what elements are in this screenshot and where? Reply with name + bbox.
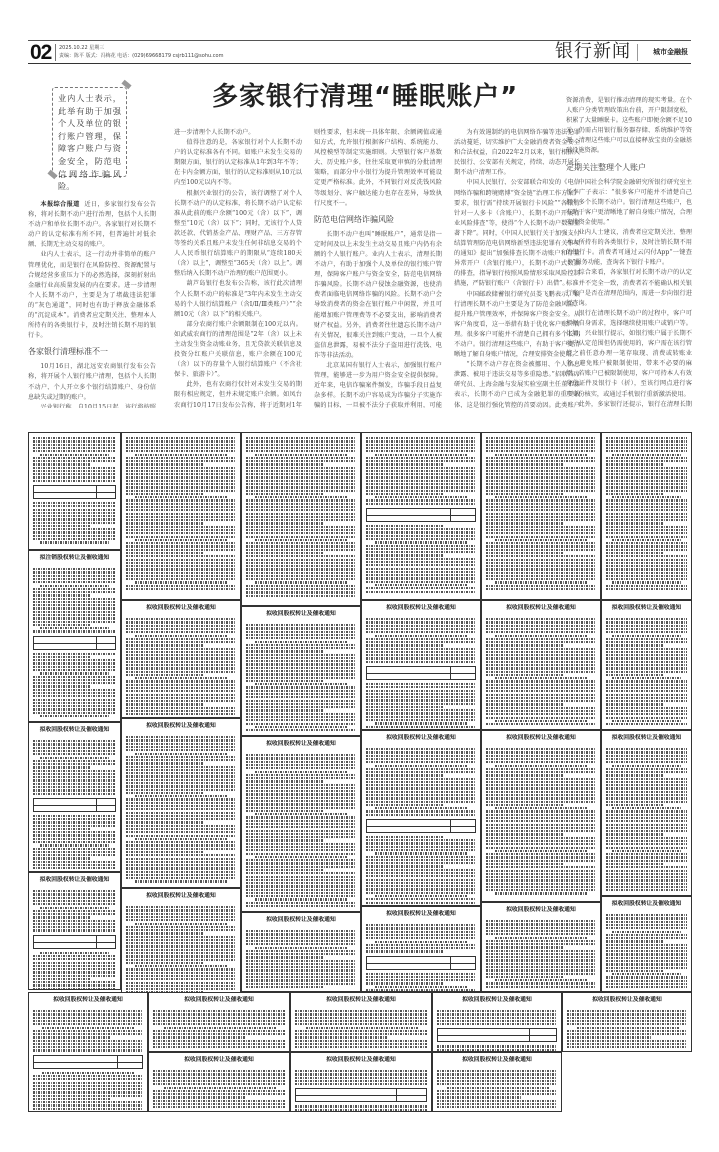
paragraph: 中国邮政储蓄银行研究员娄飞鹏表示，银行清理长期不动户主要是为了防范金融风险、提升… [454, 290, 580, 361]
notice-title: 拟收回股权转让及催收通知 [295, 1056, 427, 1064]
paragraph: 部分农商行账户余额限制在100元以内。如武威农商行的清理范围是“2年（含）以上未… [174, 320, 302, 381]
notice-reference [486, 914, 596, 919]
paragraph: 综合来看，各家银行对长期不动户的认定标准并不完全一致，消费者若不能确认相关银行账… [566, 268, 692, 308]
notice-reference [437, 1004, 557, 1009]
article-column-2: 进一步清理个人长期不动户。 值得注意的是，各家银行对个人长期不动户的认定标准各有… [174, 128, 302, 408]
notice-title: 拟收回股权转让及催收通知 [246, 740, 356, 748]
paragraph: 值得注意的是，各家银行对个人长期不动户的认定标准各有不同。如账户未发生交易的期限… [174, 138, 302, 188]
legal-notice [361, 432, 481, 600]
legal-notice: 拟收回股权转让及催收通知 [432, 992, 562, 1052]
notice-title: 拟收回股权转让及催收通知 [567, 996, 687, 1004]
subheading: 定期关注整理个人账户 [566, 163, 692, 173]
notice-body [246, 930, 356, 988]
byline: 本报综合报道 [40, 201, 79, 208]
notice-reference [153, 1064, 285, 1069]
notice-reference [606, 742, 687, 747]
paragraph: 近日，多家银行发布公告称，将对长期不动户进行治理，包括个人长期不动户和单位长期不… [28, 201, 156, 248]
notice-body [126, 736, 236, 883]
notice-reference [366, 612, 476, 617]
subheading: 防范电信网络诈骗风险 [314, 215, 442, 225]
notice-body [295, 1070, 427, 1111]
notice-body [606, 618, 687, 725]
notice-title: 拟收回股权转让及催收通知 [437, 1056, 557, 1064]
paragraph: 则性要求，但未统一具体年限、余额阈值或通知方式，允许银行根据客户结构、系统能力、… [314, 128, 442, 209]
notice-reference [126, 612, 236, 617]
paragraph: 中国人民银行、公安部联合印发的《电信网络诈骗和跨境赌博“资金链”治理工作方案》要… [454, 178, 580, 289]
notice-body [33, 437, 116, 543]
notice-reference [246, 924, 356, 929]
legal-notice: 拟收回股权转让及催收通知 [481, 730, 601, 902]
notice-body [366, 748, 476, 904]
notice-body [486, 437, 596, 590]
paragraph: 业内人士表示，这一行动并非简单的账户管理优化，而是银行在风险防控、资源配置与合规… [28, 250, 156, 341]
notice-body [486, 748, 596, 895]
legal-notice [241, 432, 361, 606]
notice-body [153, 1070, 285, 1108]
notice-table [33, 636, 116, 650]
legal-notice [601, 432, 692, 600]
legal-notice: 拟收回股权转让及催收通知 [361, 906, 481, 992]
notice-title: 拟收回股权转让及催收通知 [126, 722, 236, 730]
notice-body [126, 618, 236, 715]
notice-body [295, 1010, 427, 1048]
notice-body [567, 1010, 687, 1048]
legal-notice: 拟注销股权转让及催收通知 [28, 550, 121, 722]
paragraph: 银行在清理长期不动户的过程中，客户可根据自身需求，选择继续使用账户或销户等。比如… [566, 309, 692, 400]
notice-body [246, 624, 356, 731]
notice-title: 拟收回股权转让及催收通知 [153, 1056, 285, 1064]
legal-notice: 拟收回股权转让及催收通知 [361, 730, 481, 906]
paragraph: 此外，多家银行还提示，银行在清理长期不动户过程中不会要求客户通过短信、电话等任何… [566, 400, 692, 408]
notice-reference [33, 884, 116, 889]
notice-title: 拟收回股权转让及催收通知 [366, 604, 476, 612]
pull-quote: 业内人士表示，此举有助于加强个人及单位的银行账户管理，保障客户账户与资金安全，防… [52, 87, 127, 177]
legal-notice [121, 432, 241, 600]
notice-title: 拟收回股权转让及催收通知 [126, 604, 236, 612]
notice-reference [295, 1004, 427, 1009]
staff-line: 责编：陈平 版式：冯梅花 电话：(029)69668179 csjrb111@s… [59, 52, 223, 60]
subheading: 各家银行清理标准不一 [28, 347, 156, 357]
notice-body [33, 568, 116, 717]
notice-body [246, 437, 356, 597]
notice-title: 拟收回股权转让及催收通知 [126, 892, 236, 900]
notice-body [126, 906, 236, 994]
notice-reference [366, 918, 476, 923]
notice-title: 拟收回股权转让及催收通知 [246, 916, 356, 924]
legal-notice: 拟收回股权转让及催收通知 [121, 600, 241, 718]
article-column-5: 资源消费，是银行推动清理的现实考量。在个人账户分类管理政策出台前，开户限制宽松，… [566, 96, 692, 408]
paragraph: 10月16日，湖北远安农商银行发布公告称，将开展个人银行账户清理，包括个人长期不… [28, 362, 156, 402]
masthead: 02 2025.10.22 星期三 责编：陈平 版式：冯梅花 电话：(029)6… [28, 40, 691, 64]
paragraph: “长期不动户存在资金被挪用、个人信息泄露、被用于违法交易等多重隐患。”招联首席研… [454, 360, 580, 408]
notice-reference [486, 612, 596, 617]
legal-notice: 拟收回股权转让及催收通知 [562, 992, 692, 1052]
legal-notice: 拟收回股权转让及催收通知 [290, 992, 432, 1052]
divider [55, 44, 56, 61]
legal-notice: 拟收回股权转让及催收通知 [241, 912, 361, 992]
headline: 多家银行清理“睡眠账户” [212, 80, 518, 114]
notice-body [437, 1010, 557, 1051]
notice-title: 拟收回股权转让及催收通知 [486, 604, 596, 612]
legal-notice: 拟收回股权转让及催收通知 [481, 600, 601, 730]
notice-title: 拟注销股权转让及催收通知 [33, 554, 116, 562]
paper-name: 城市金融报 [653, 47, 688, 57]
notice-title: 拟收回股权转让及催收通知 [606, 900, 687, 908]
legal-notice: 拟收回股权转让及催收通知 [601, 896, 692, 992]
notice-title: 拟收回股权转让及催收通知 [437, 996, 557, 1004]
notice-title: 拟收回股权转让及催收通知 [366, 910, 476, 918]
legal-notices-section: 拟注销股权转让及催收通知 拟收回股权转让及催收通知 拟收回股权转让及催收通知 拟… [28, 432, 692, 1112]
notice-table [33, 1055, 143, 1069]
paragraph: 葫芦岛银行也发布公告称，该行此次清理个人长期不动户的标准是“3年内未发生主动交易… [174, 279, 302, 319]
notice-body [33, 740, 116, 869]
notice-title: 拟收回股权转让及催收通知 [366, 734, 476, 742]
notice-title: 拟收回股权转让及催收通知 [246, 610, 356, 618]
notice-table [33, 485, 116, 499]
legal-notice: 拟收回股权转让及催收通知 [28, 992, 148, 1112]
legal-notice [28, 432, 121, 550]
notice-body [486, 618, 596, 725]
notice-reference [246, 748, 356, 753]
notice-reference [606, 908, 687, 913]
notice-body [366, 618, 476, 728]
notice-body [366, 437, 476, 593]
legal-notice: 拟收回股权转让及催收通知 [241, 606, 361, 736]
notice-title: 拟收回股权转让及催收通知 [486, 906, 596, 914]
legal-notice: 拟收回股权转让及催收通知 [241, 736, 361, 912]
section-title: 银行新闻 [555, 41, 631, 63]
paragraph: 根据兴业银行的公告，该行调整了对个人长期不动户的认定标准，将长期不动户认定标准从… [174, 189, 302, 280]
notice-title: 拟收回股权转让及催收通知 [606, 604, 687, 612]
notice-body [246, 754, 356, 907]
notice-reference [33, 1004, 143, 1009]
paragraph: 进一步清理个人长期不动户。 [174, 128, 302, 138]
notice-table [437, 1028, 557, 1042]
legal-notice: 拟收回股权转让及催收通知 [148, 1052, 290, 1112]
notice-reference [33, 562, 116, 567]
notice-table [33, 935, 116, 949]
notice-reference [486, 742, 596, 747]
notice-body [33, 890, 116, 990]
notice-title: 拟收回股权转让及催收通知 [153, 996, 285, 1004]
notice-body [606, 437, 687, 590]
notice-body [606, 748, 687, 891]
paragraph: 为有效遏制约的电信网络诈骗等违法犯罪活动蔓延，切实维护广大金融消费者资金安全和合… [454, 128, 580, 178]
notice-body [33, 1010, 143, 1110]
legal-notice [481, 432, 601, 600]
notice-title: 拟收回股权转让及催收通知 [33, 726, 116, 734]
legal-notice: 拟收回股权转让及催收通知 [601, 600, 692, 730]
paragraph: 此外，也有农商行仅针对未发生交易的期限有相应规定，但并未规定账户余额。如凤台农商… [174, 380, 302, 408]
legal-notice: 拟收回股权转让及催收通知 [361, 600, 481, 730]
notice-reference [126, 730, 236, 735]
notice-title: 拟收回股权转让及催收通知 [33, 996, 143, 1004]
notice-title: 拟收回股权转让及催收通知 [606, 734, 687, 742]
legal-notice: 拟收回股权转让及催收通知 [481, 902, 601, 992]
notice-body [366, 924, 476, 991]
notice-reference [33, 734, 116, 739]
notice-reference [606, 612, 687, 617]
notice-reference [126, 900, 236, 905]
notice-reference [295, 1064, 427, 1069]
notice-reference [366, 742, 476, 747]
notice-body [486, 920, 596, 988]
article-column-3: 则性要求，但未统一具体年限、余额阈值或通知方式，允许银行根据客户结构、系统能力、… [314, 128, 442, 408]
notice-table [366, 508, 476, 522]
notice-table [295, 1088, 427, 1102]
notice-reference [153, 1004, 285, 1009]
notice-table [366, 956, 476, 970]
legal-notice: 拟收回股权转让及催收通知 [28, 872, 121, 990]
notice-title: 拟收回股权转让及催收通知 [295, 996, 427, 1004]
paragraph: 业内人士建议，消费者应定期关注、整理本人所持有的各类银行卡，及时注销长期不用的银… [566, 228, 692, 268]
legal-notice: 拟收回股权转让及催收通知 [121, 718, 241, 888]
legal-notice: 拟收回股权转让及催收通知 [28, 722, 121, 872]
divider [637, 44, 638, 61]
article-column-1: 本报综合报道 近日，多家银行发布公告称，将对长期不动户进行治理，包括个人长期不动… [28, 200, 156, 408]
notice-body [126, 437, 236, 590]
paragraph: 兴业银行称，自10月15日起，该行将按照调整后认定标准每日滚动管控符合条件的账户… [28, 403, 156, 408]
paragraph: 北京某国有银行人士表示，加强银行账户管理，能够进一步为用户资金安全提供保障。近年… [314, 361, 442, 408]
notice-table [366, 666, 476, 680]
legal-notice: 拟收回股权转让及催收通知 [148, 992, 290, 1052]
page-meta: 2025.10.22 星期三 责编：陈平 版式：冯梅花 电话：(029)6966… [59, 44, 223, 60]
date-line: 2025.10.22 星期三 [59, 44, 223, 52]
notice-body [153, 1010, 285, 1048]
notice-title: 拟收回股权转让及催收通知 [33, 876, 116, 884]
legal-notice: 拟收回股权转让及催收通知 [432, 1052, 562, 1112]
paragraph: 长期不动户也叫“睡眠账户”，通常是指一定时间及以上未发生主动交易且账户内仍有余额… [314, 230, 442, 361]
legal-notice: 拟收回股权转让及催收通知 [601, 730, 692, 896]
legal-notice: 拟收回股权转让及催收通知 [290, 1052, 432, 1112]
notice-body [606, 914, 687, 988]
article-column-4: 为有效遏制约的电信网络诈骗等违法犯罪活动蔓延，切实维护广大金融消费者资金安全和合… [454, 128, 580, 408]
paragraph: 中国社会科学院金融研究所银行研究室主任李广子表示：“很多客户可能并不清楚自己拥有… [566, 178, 692, 228]
notice-reference [246, 618, 356, 623]
page-number: 02 [30, 42, 51, 64]
legal-notice: 拟收回股权转让及催收通知 [121, 888, 241, 996]
notice-table [366, 819, 476, 833]
notice-reference [567, 1004, 687, 1009]
notice-body [437, 1070, 557, 1108]
paragraph: 资源消费，是银行推动清理的现实考量。在个人账户分类管理政策出台前，开户限制宽松，… [566, 96, 692, 157]
notice-reference [437, 1064, 557, 1069]
notice-title: 拟收回股权转让及催收通知 [486, 734, 596, 742]
notice-table [33, 798, 116, 812]
